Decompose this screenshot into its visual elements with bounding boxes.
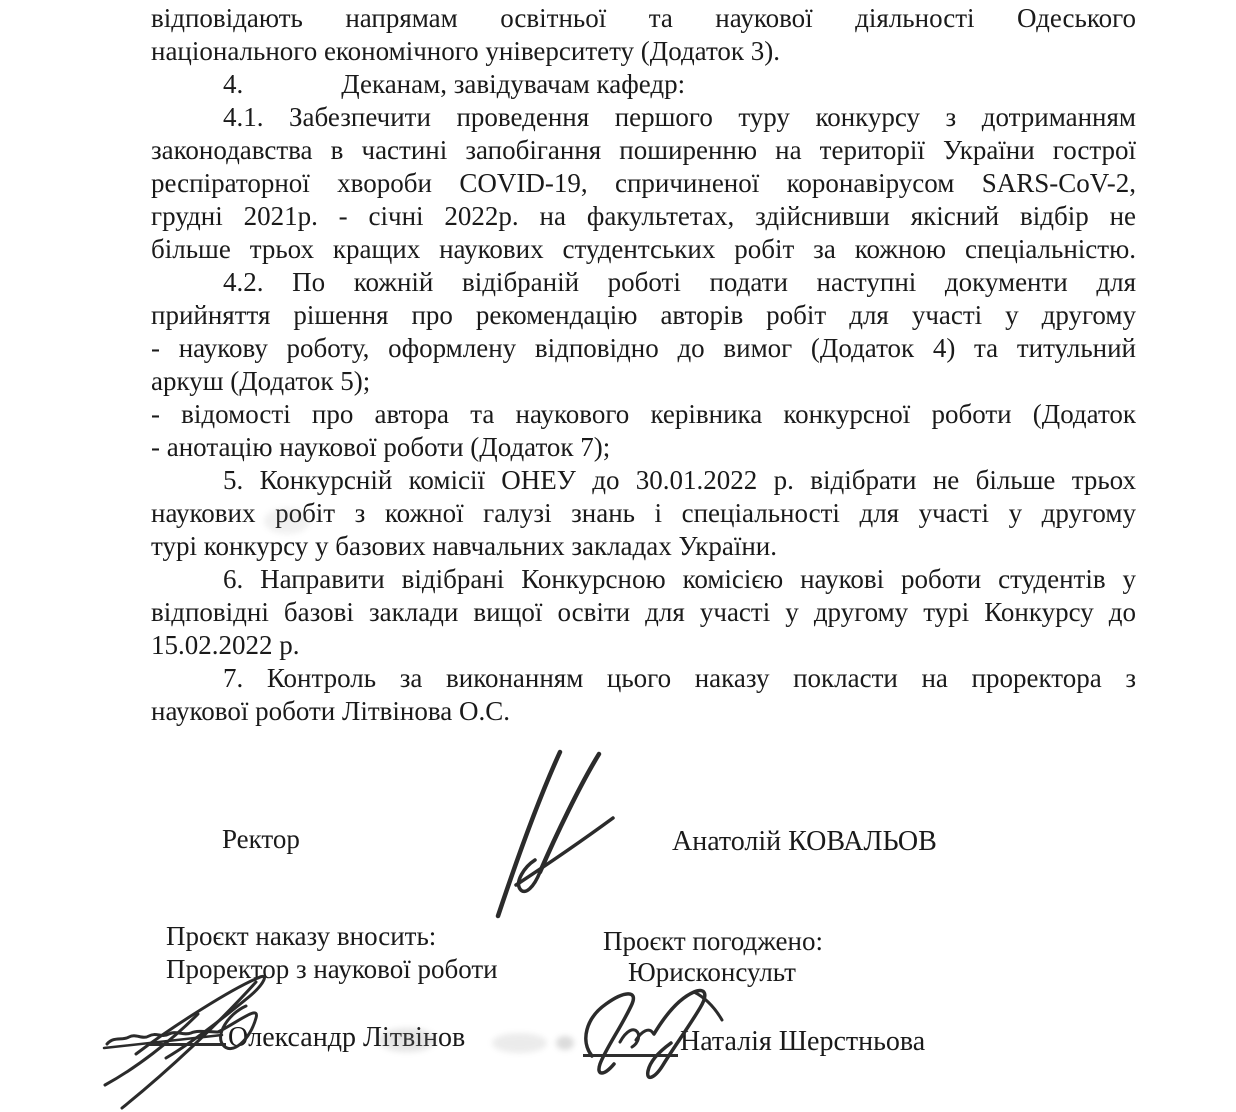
text-line: 4.1. Забезпечити проведення першого туру… bbox=[151, 101, 1136, 134]
text-line: 4.Деканам, завідувачам кафедр: bbox=[151, 68, 1136, 101]
text-line: аркуш (Додаток 5); bbox=[151, 365, 1136, 398]
text-line: 5. Конкурсній комісії ОНЕУ до 30.01.2022… bbox=[151, 464, 1136, 497]
text-line: законодавства в частині запобігання поши… bbox=[151, 134, 1136, 167]
text-line: - анотацію наукової роботи (Додаток 7); bbox=[151, 431, 1136, 464]
text-line: прийняття рішення про рекомендацію автор… bbox=[151, 299, 1136, 332]
text-line: 15.02.2022 р. bbox=[151, 629, 1136, 662]
scan-artifact bbox=[378, 1028, 436, 1052]
text-line: відповідні базові заклади вищої освіти д… bbox=[151, 596, 1136, 629]
agreer-signature-line bbox=[583, 1054, 678, 1057]
text-line: відповідають напрямам освітньої та науко… bbox=[151, 2, 1136, 35]
document-body-text: відповідають напрямам освітньої та науко… bbox=[151, 2, 1136, 728]
text-line: національного економічного університету … bbox=[151, 35, 1136, 68]
scan-artifact bbox=[556, 1036, 574, 1050]
text-line: 6. Направити відібрані Конкурсною комісі… bbox=[151, 563, 1136, 596]
rector-signature bbox=[486, 740, 626, 925]
text-line: більше трьох кращих наукових студентськи… bbox=[151, 233, 1136, 266]
project-submitted-label: Проєкт наказу вносить: bbox=[166, 921, 436, 952]
rector-label: Ректор bbox=[222, 824, 300, 855]
agreer-title: Юрисконсульт bbox=[628, 957, 796, 988]
scanned-document-page: відповідають напрямам освітньої та науко… bbox=[0, 0, 1236, 1112]
rector-name: Анатолій КОВАЛЬОВ bbox=[672, 826, 937, 858]
submitter-signature bbox=[98, 966, 288, 1112]
scan-artifact bbox=[492, 1033, 547, 1053]
text-line: грудні 2021р. - січні 2022р. на факульте… bbox=[151, 200, 1136, 233]
agreer-signature bbox=[576, 986, 728, 1096]
text-line: 7. Контроль за виконанням цього наказу п… bbox=[151, 662, 1136, 695]
project-agreed-label: Проєкт погоджено: bbox=[603, 926, 823, 957]
text-line: турі конкурсу у базових навчальних закла… bbox=[151, 530, 1136, 563]
text-line: - наукову роботу, оформлену відповідно д… bbox=[151, 332, 1136, 365]
text-line: наукової роботи Літвінова О.С. bbox=[151, 695, 1136, 728]
text-line: - відомості про автора та наукового кері… bbox=[151, 398, 1136, 431]
text-line: 4.2. По кожній відібраній роботі подати … bbox=[151, 266, 1136, 299]
scan-artifact bbox=[264, 508, 310, 534]
submitter-signature-line bbox=[148, 1043, 226, 1046]
text-line: респіраторної хвороби COVID-19, спричине… bbox=[151, 167, 1136, 200]
